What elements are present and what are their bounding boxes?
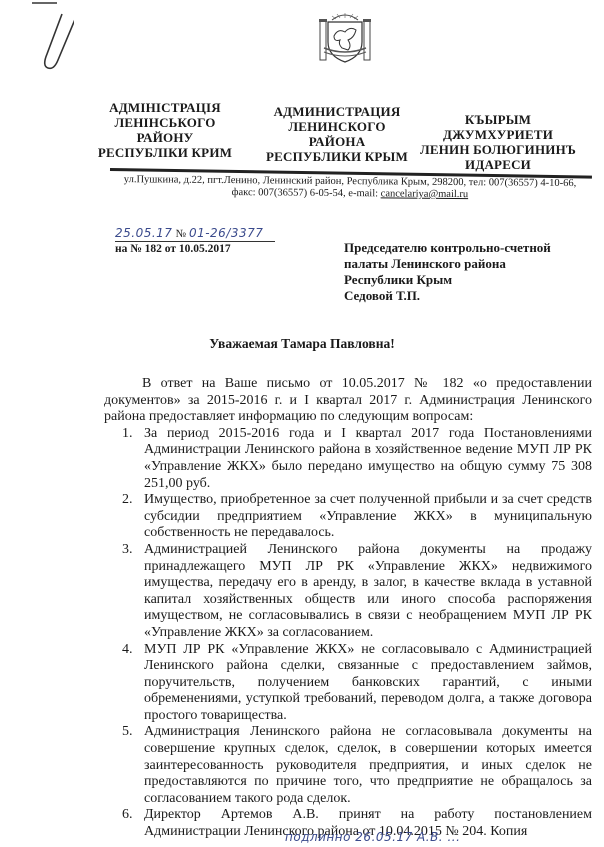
list-item: 3.Администрацией Ленинского района докум… (144, 542, 592, 642)
item-text: Имущество, приобретенное за счет получен… (144, 492, 592, 540)
item-number: 5. (122, 724, 133, 741)
header-line: РЕСПУБЛІКИ КРИМ (90, 145, 240, 160)
greeting: Уважаемая Тамара Павловна! (0, 336, 604, 352)
addressee-line: палаты Ленинского района (344, 256, 594, 272)
header-line: КЪЫРЫМ (418, 112, 578, 127)
fax-label: факс: 007(36557) 6-05-54, e-mail: (232, 187, 381, 199)
header-line: ЛЕНІНСЬКОГО (90, 115, 240, 130)
item-number: 3. (122, 542, 133, 559)
header-line: РАЙОНА (262, 134, 412, 149)
numbered-list: 1.За период 2015-2016 года и I квартал 2… (104, 426, 592, 841)
header-line: ЛЕНИН БОЛЮГИНИНЪ (418, 142, 578, 157)
handwritten-date: 25.05.17 (115, 226, 172, 240)
item-number: 2. (122, 492, 133, 509)
crimea-coat-of-arms-icon (318, 12, 372, 64)
item-text: Администрацией Ленинского района докумен… (144, 542, 592, 640)
header-crimean-tatar-name: КЪЫРЫМ ДЖУМХУРИЕТИ ЛЕНИН БОЛЮГИНИНЪ ИДАР… (418, 112, 578, 172)
item-text: Администрация Ленинского района не согла… (144, 724, 592, 805)
item-number: 1. (122, 426, 133, 443)
header-line: АДМІНІСТРАЦІЯ (90, 100, 240, 115)
item-text: МУП ЛР РК «Управление ЖКХ» не согласовыв… (144, 642, 592, 723)
list-item: 5.Администрация Ленинского района не сог… (144, 724, 592, 807)
in-reply-to: на № 182 от 10.05.2017 (115, 243, 275, 255)
header-line: ИДАРЕСИ (418, 157, 578, 172)
addressee-line: Седовой Т.П. (344, 288, 594, 304)
address-block: ул.Пушкина, д.22, пгт.Ленино, Ленинский … (110, 174, 590, 202)
handwritten-number: 01-26/3377 (189, 226, 263, 240)
item-number: 6. (122, 807, 133, 824)
outgoing-reference: 25.05.17№01-26/3377 на № 182 от 10.05.20… (115, 226, 275, 255)
header-line: РАЙОНУ (90, 130, 240, 145)
header-line: РЕСПУБЛИКИ КРЫМ (262, 149, 412, 164)
list-item: 4.МУП ЛР РК «Управление ЖКХ» не согласов… (144, 642, 592, 725)
header-ukrainian-name: АДМІНІСТРАЦІЯ ЛЕНІНСЬКОГО РАЙОНУ РЕСПУБЛ… (90, 100, 240, 160)
item-text: За период 2015-2016 года и I квартал 201… (144, 426, 592, 491)
header-line: АДМИНИСТРАЦИЯ (262, 104, 412, 119)
addressee-line: Председателю контрольно-счетной (344, 240, 594, 256)
list-item: 2.Имущество, приобретенное за счет получ… (144, 492, 592, 542)
intro-paragraph: В ответ на Ваше письмо от 10.05.2017 № 1… (104, 376, 592, 426)
handwritten-annotation: подлинно 26.05.17 А.В. ... (285, 830, 460, 844)
item-number: 4. (122, 642, 133, 659)
paper-clip-icon (14, 0, 74, 72)
addressee-line: Республики Крым (344, 272, 594, 288)
registration-line: 25.05.17№01-26/3377 (115, 226, 275, 242)
header-line: ДЖУМХУРИЕТИ (418, 127, 578, 142)
letter-body: В ответ на Ваше письмо от 10.05.2017 № 1… (104, 376, 592, 841)
header-russian-name: АДМИНИСТРАЦИЯ ЛЕНИНСКОГО РАЙОНА РЕСПУБЛИ… (262, 104, 412, 164)
addressee-block: Председателю контрольно-счетной палаты Л… (344, 240, 594, 304)
list-item: 1.За период 2015-2016 года и I квартал 2… (144, 426, 592, 492)
number-sign: № (175, 228, 186, 240)
header-line: ЛЕНИНСКОГО (262, 119, 412, 134)
email-link[interactable]: cancelariya@mail.ru (381, 188, 469, 200)
